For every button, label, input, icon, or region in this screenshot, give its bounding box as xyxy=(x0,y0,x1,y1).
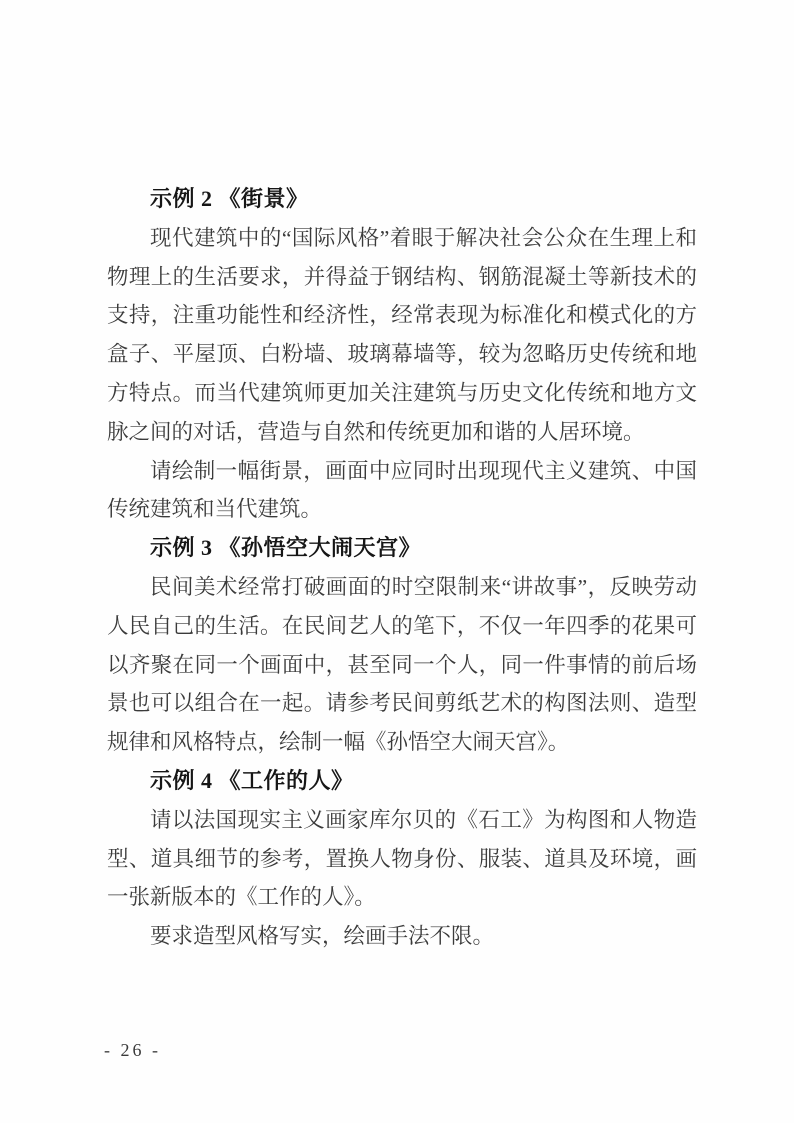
paragraph: 要求造型风格写实，绘画手法不限。 xyxy=(107,917,697,956)
section-heading-example-3: 示例 3 《孙悟空大闹天宫》 xyxy=(107,529,697,568)
section-heading-example-2: 示例 2 《街景》 xyxy=(107,180,697,219)
page-content: 示例 2 《街景》 现代建筑中的“国际风格”着眼于解决社会公众在生理上和物理上的… xyxy=(107,180,697,956)
paragraph: 民间美术经常打破画面的时空限制来“讲故事”，反映劳动人民自己的生活。在民间艺人的… xyxy=(107,568,697,762)
paragraph: 请以法国现实主义画家库尔贝的《石工》为构图和人物造型、道具细节的参考，置换人物身… xyxy=(107,801,697,917)
paragraph: 现代建筑中的“国际风格”着眼于解决社会公众在生理上和物理上的生活要求，并得益于钢… xyxy=(107,219,697,452)
page-number: - 26 - xyxy=(104,1040,161,1061)
paragraph: 请绘制一幅街景，画面中应同时出现现代主义建筑、中国传统建筑和当代建筑。 xyxy=(107,452,697,530)
section-heading-example-4: 示例 4 《工作的人》 xyxy=(107,762,697,801)
document-page: 示例 2 《街景》 现代建筑中的“国际风格”着眼于解决社会公众在生理上和物理上的… xyxy=(0,0,794,1123)
